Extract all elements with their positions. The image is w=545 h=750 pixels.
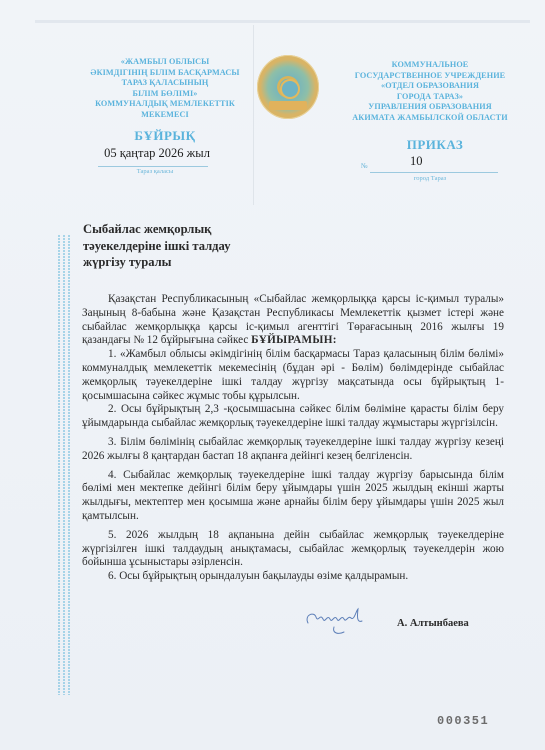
state-emblem-icon [257, 55, 319, 119]
organization-name-kz: «ЖАМБЫЛ ОБЛЫСЫ ӘКІМДІГІНІҢ БІЛІМ БАСҚАРМ… [75, 57, 255, 121]
org-kz-line: «ЖАМБЫЛ ОБЛЫСЫ [75, 57, 255, 68]
side-stamp-line [63, 235, 65, 695]
org-ru-line: ГОСУДАРСТВЕННОЕ УЧРЕЖДЕНИЕ [340, 71, 520, 82]
city-caption-kz: Тараз қаласы [120, 168, 190, 175]
city-caption-ru: город Тараз [400, 175, 460, 182]
order-word: БҰЙЫРАМЫН: [251, 334, 337, 346]
order-item: 5. 2026 жылдың 18 ақпанына дейін сыбайла… [82, 529, 504, 570]
order-item: 4. Сыбайлас жемқорлық тәуекелдеріне ішкі… [82, 469, 504, 524]
document-title-ru: ПРИКАЗ [380, 137, 490, 153]
document-page: «ЖАМБЫЛ ОБЛЫСЫ ӘКІМДІГІНІҢ БІЛІМ БАСҚАРМ… [0, 0, 545, 750]
serial-number: 000351 [437, 714, 489, 728]
document-subject: Сыбайлас жемқорлық тәуекелдеріне ішкі та… [83, 221, 263, 271]
subject-line: тәуекелдеріне ішкі талдау [83, 238, 263, 255]
side-stamp-line [68, 235, 70, 695]
org-ru-line: ГОРОДА ТАРАЗ» [340, 92, 520, 103]
org-kz-line: МЕКЕМЕСІ [75, 110, 255, 121]
order-item: 2. Осы бұйрықтың 2,3 -қосымшасына сәйкес… [82, 403, 504, 431]
organization-name-ru: КОММУНАЛЬНОЕ ГОСУДАРСТВЕННОЕ УЧРЕЖДЕНИЕ … [340, 60, 520, 124]
org-ru-line: УПРАВЛЕНИЯ ОБРАЗОВАНИЯ [340, 102, 520, 113]
document-title-kz: БҰЙРЫҚ [110, 128, 220, 144]
document-body: Қазақстан Республикасының «Сыбайлас жемқ… [82, 293, 504, 584]
emblem-base [269, 101, 307, 110]
side-stamp-text [58, 235, 70, 695]
order-item: 6. Осы бұйрықтың орындалуын бақылауды өз… [82, 570, 504, 584]
org-ru-line: КОММУНАЛЬНОЕ [340, 60, 520, 71]
emblem-center [280, 79, 300, 99]
page-top-edge [35, 20, 530, 23]
document-number: 10 [410, 154, 423, 169]
subject-line: жүргізу туралы [83, 254, 263, 271]
preamble-paragraph: Қазақстан Республикасының «Сыбайлас жемқ… [82, 293, 504, 348]
order-item: 3. Білім бөлімінің сыбайлас жемқорлық тә… [82, 436, 504, 464]
date-underline [98, 166, 208, 167]
number-sign: № [361, 162, 368, 170]
org-kz-line: КОММУНАЛДЫҚ МЕМЛЕКЕТТІК [75, 99, 255, 110]
org-kz-line: БІЛІМ БӨЛІМІ» [75, 89, 255, 100]
signature-icon [302, 605, 372, 637]
org-ru-line: «ОТДЕЛ ОБРАЗОВАНИЯ [340, 81, 520, 92]
document-date: 05 қаңтар 2026 жыл [97, 146, 217, 161]
number-underline [370, 172, 498, 173]
org-kz-line: ТАРАЗ ҚАЛАСЫНЫҢ [75, 78, 255, 89]
org-kz-line: ӘКІМДІГІНІҢ БІЛІМ БАСҚАРМАСЫ [75, 68, 255, 79]
side-stamp-line [58, 235, 60, 695]
org-ru-line: АКИМАТА ЖАМБЫЛСКОЙ ОБЛАСТИ [340, 113, 520, 124]
signer-name: А. Алтынбаева [397, 618, 469, 629]
order-item: 1. «Жамбыл облысы әкімдігінің білім басқ… [82, 348, 504, 403]
subject-line: Сыбайлас жемқорлық [83, 221, 263, 238]
